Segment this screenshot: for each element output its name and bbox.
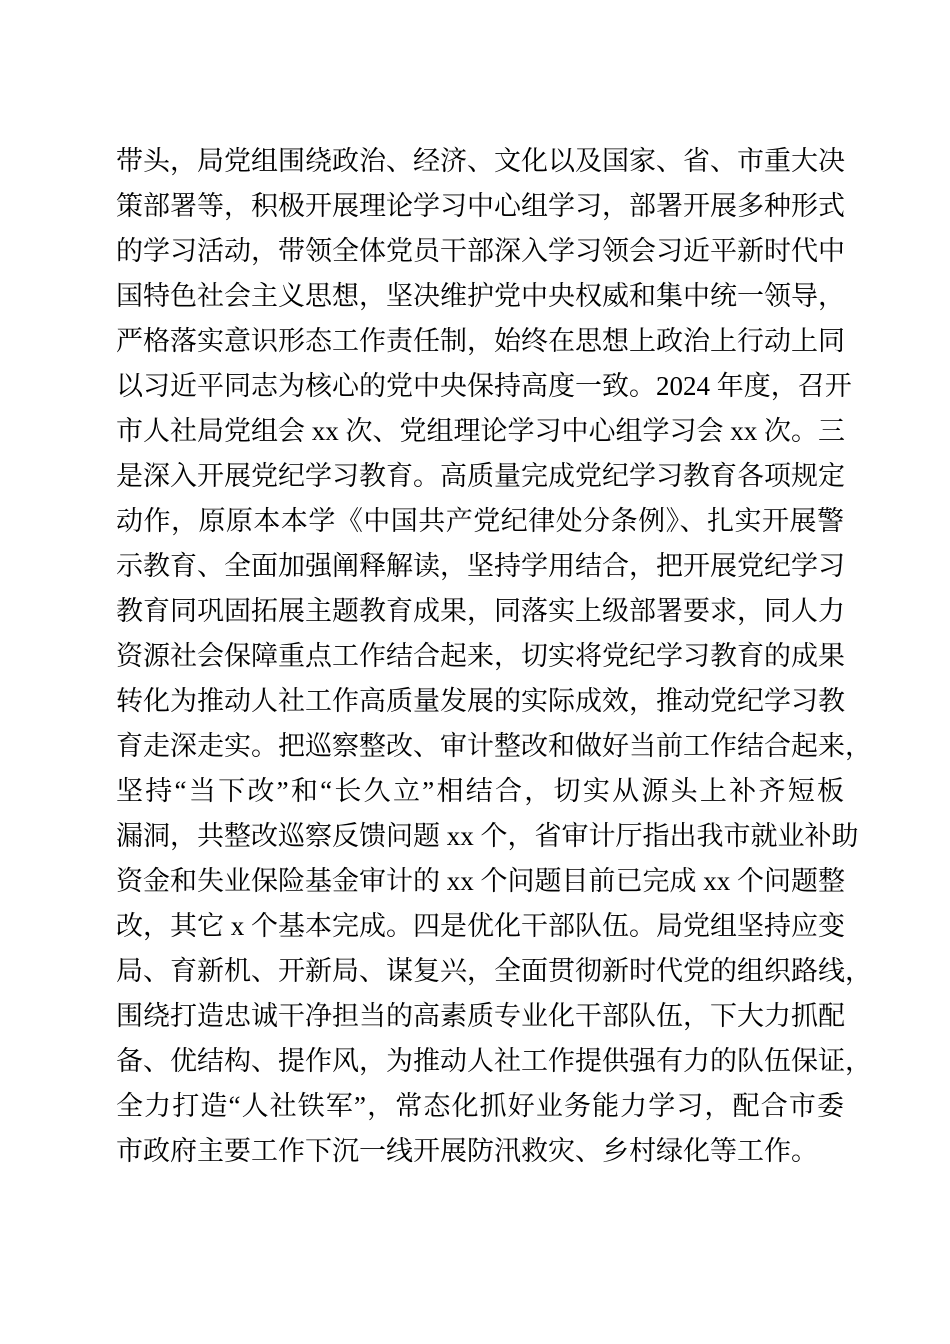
text-line: 以习近平同志为核心的党中央保持高度一致。2024 年度，召开 xyxy=(116,364,844,409)
text-line: 市人社局党组会 xx 次、党组理论学习中心组学习会 xx 次。三 xyxy=(116,409,844,454)
text-line: 资源社会保障重点工作结合起来，切实将党纪学习教育的成果 xyxy=(116,634,844,679)
text-line: 漏洞，共整改巡察反馈问题 xx 个，省审计厅指出我市就业补助 xyxy=(116,814,844,859)
text-line: 严格落实意识形态工作责任制，始终在思想上政治上行动上同 xyxy=(116,319,844,364)
text-line: 全力打造“人社铁军”，常态化抓好业务能力学习，配合市委 xyxy=(116,1084,844,1129)
text-line: 转化为推动人社工作高质量发展的实际成效，推动党纪学习教 xyxy=(116,679,844,724)
text-line: 国特色社会主义思想，坚决维护党中央权威和集中统一领导， xyxy=(116,274,844,319)
document-page: 带头，局党组围绕政治、经济、文化以及国家、省、市重大决策部署等，积极开展理论学习… xyxy=(0,0,950,1344)
text-line: 动作，原原本本学《中国共产党纪律处分条例》、扎实开展警 xyxy=(116,499,844,544)
text-line: 的学习活动，带领全体党员干部深入学习领会习近平新时代中 xyxy=(116,229,844,274)
body-text-paragraph: 带头，局党组围绕政治、经济、文化以及国家、省、市重大决策部署等，积极开展理论学习… xyxy=(116,139,844,1174)
text-line: 带头，局党组围绕政治、经济、文化以及国家、省、市重大决 xyxy=(116,139,844,184)
text-line: 围绕打造忠诚干净担当的高素质专业化干部队伍，下大力抓配 xyxy=(116,994,844,1039)
text-line: 市政府主要工作下沉一线开展防汛救灾、乡村绿化等工作。 xyxy=(116,1129,844,1174)
text-line: 备、优结构、提作风，为推动人社工作提供强有力的队伍保证， xyxy=(116,1039,844,1084)
text-line: 资金和失业保险基金审计的 xx 个问题目前已完成 xx 个问题整 xyxy=(116,859,844,904)
text-line: 改，其它 x 个基本完成。四是优化干部队伍。局党组坚持应变 xyxy=(116,904,844,949)
text-line: 策部署等，积极开展理论学习中心组学习，部署开展多种形式 xyxy=(116,184,844,229)
text-line: 是深入开展党纪学习教育。高质量完成党纪学习教育各项规定 xyxy=(116,454,844,499)
text-line: 局、育新机、开新局、谋复兴，全面贯彻新时代党的组织路线， xyxy=(116,949,844,994)
text-line: 育走深走实。把巡察整改、审计整改和做好当前工作结合起来， xyxy=(116,724,844,769)
text-line: 示教育、全面加强阐释解读，坚持学用结合，把开展党纪学习 xyxy=(116,544,844,589)
text-line: 教育同巩固拓展主题教育成果，同落实上级部署要求，同人力 xyxy=(116,589,844,634)
text-line: 坚持“当下改”和“长久立”相结合，切实从源头上补齐短板 xyxy=(116,769,844,814)
